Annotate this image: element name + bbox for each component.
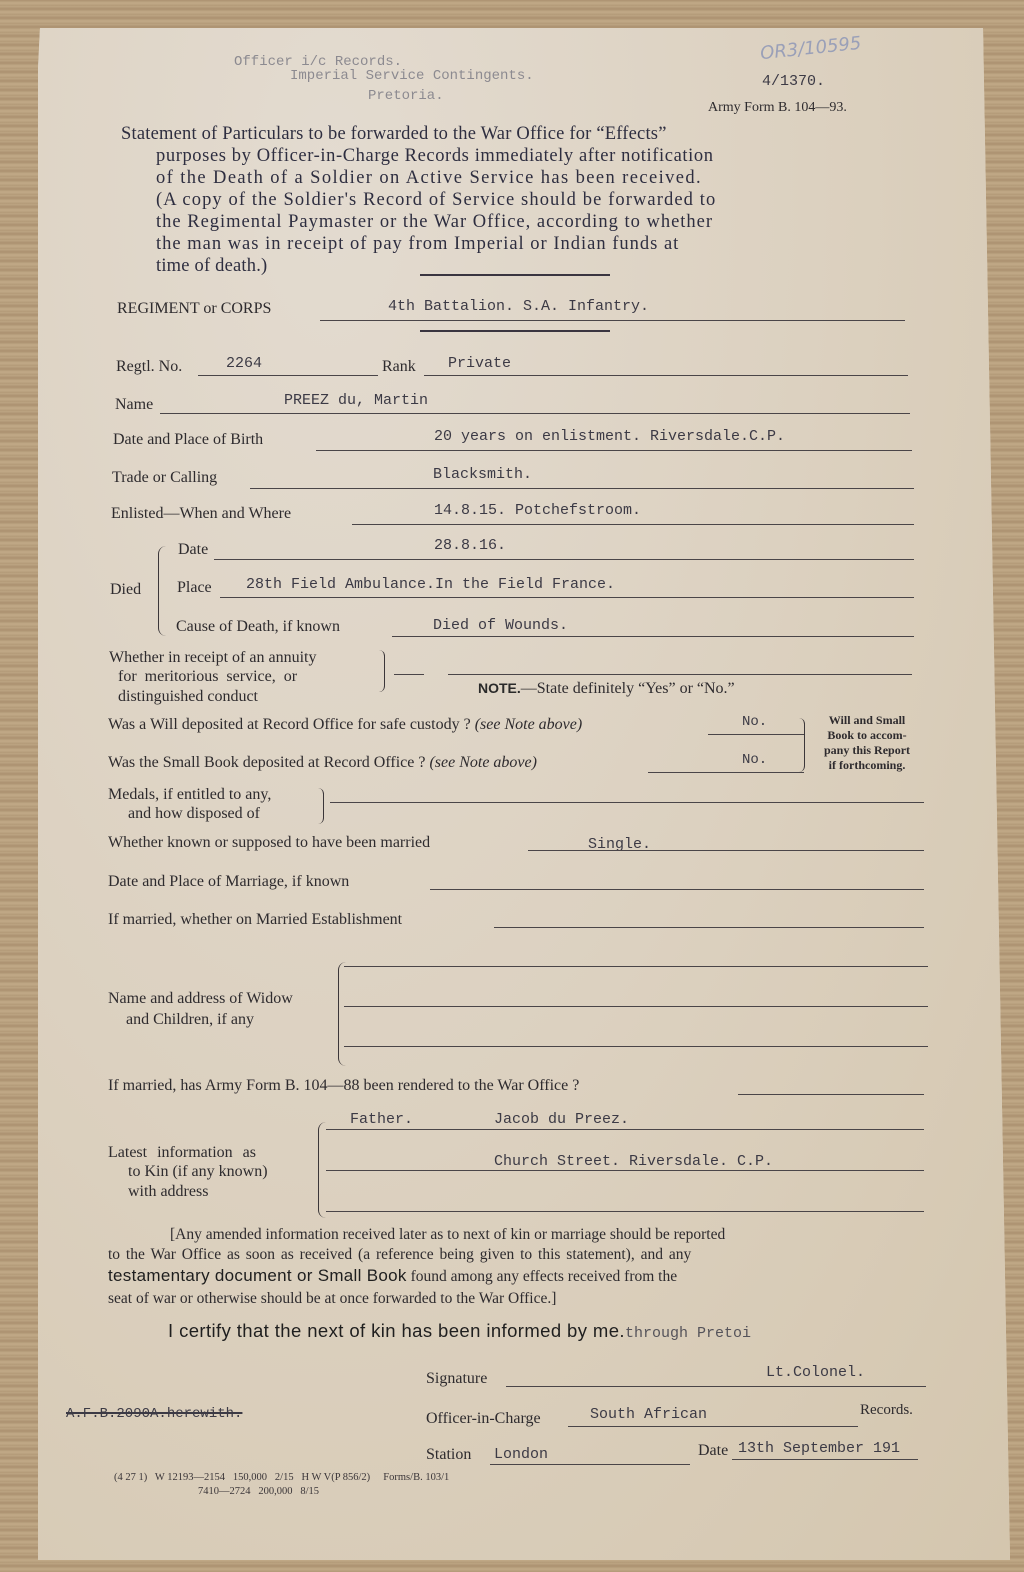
side-note-line-4: if forthcoming. (824, 758, 910, 773)
annuity-line[interactable] (448, 674, 912, 675)
small-book-line (648, 772, 804, 773)
kin-line-3[interactable] (326, 1211, 924, 1212)
side-note-line-1: Will and Small (824, 713, 910, 728)
annuity-label-3: distinguished conduct (118, 688, 258, 706)
will-note: (see Note above) (475, 716, 583, 733)
annuity-label-1: Whether in receipt of an annuity (109, 649, 316, 667)
divider (420, 274, 610, 276)
kin-label-1: Latest information as (108, 1144, 256, 1162)
married-establishment-label: If married, whether on Married Establish… (108, 911, 402, 929)
regtl-no-label: Regtl. No. (116, 358, 182, 376)
signature-line (506, 1386, 926, 1387)
small-book-label: Was the Small Book deposited at Record O… (108, 754, 537, 772)
header-address-line-2: Imperial Service Contingents. (290, 68, 534, 84)
marriage-place-label: Date and Place of Marriage, if known (108, 873, 349, 891)
statement-line-7: time of death.) (156, 256, 267, 277)
records-suffix: Records. (860, 1402, 913, 1419)
certify-printed: I certify that the next of kin has been … (168, 1320, 625, 1341)
birth-label: Date and Place of Birth (113, 431, 263, 449)
station-line (490, 1464, 690, 1465)
side-note: Will and Small Book to accom- pany this … (824, 713, 910, 773)
annuity-label-2: for meritorious service, or (118, 668, 297, 686)
print-code-line-1: (4 27 1) W 12193—2154 150,000 2/15 H W V… (114, 1472, 449, 1483)
cause-value[interactable]: Died of Wounds. (433, 617, 568, 634)
form-b104-88-line[interactable] (738, 1094, 924, 1095)
struck-note: A.F.B.2090A.herewith. (66, 1406, 242, 1422)
regtl-no-value[interactable]: 2264 (226, 355, 262, 372)
trade-label: Trade or Calling (112, 469, 217, 487)
small-book-note: (see Note above) (429, 754, 537, 771)
cause-line (392, 636, 914, 637)
small-book-value[interactable]: No. (742, 752, 767, 768)
annuity-note: NOTE.—State definitely “Yes” or “No.” (478, 680, 735, 698)
rank-label: Rank (382, 358, 416, 376)
medals-label-1: Medals, if entitled to any, (108, 786, 271, 804)
statement-line-4: (A copy of the Soldier's Record of Servi… (156, 190, 716, 211)
date-line (732, 1459, 918, 1460)
birth-value[interactable]: 20 years on enlistment. Riversdale.C.P. (434, 428, 785, 445)
married-label: Whether known or supposed to have been m… (108, 834, 430, 852)
annuity-dash (394, 674, 424, 675)
will-value[interactable]: No. (742, 714, 767, 730)
kin-line-1 (326, 1129, 924, 1130)
note-text: —State definitely “Yes” or “No.” (521, 680, 735, 697)
will-label: Was a Will deposited at Record Office fo… (108, 716, 582, 734)
enlisted-line (352, 524, 914, 525)
rank-value[interactable]: Private (448, 355, 511, 372)
died-place-label: Place (177, 579, 212, 597)
trade-line (250, 488, 914, 489)
kin-label-2: to Kin (if any known) (128, 1163, 268, 1181)
side-note-brace (798, 718, 805, 772)
date-label: Date (698, 1442, 728, 1460)
station-label: Station (426, 1446, 471, 1464)
divider-2 (420, 330, 610, 332)
name-line (160, 413, 910, 414)
form-b104-88-label: If married, has Army Form B. 104—88 been… (108, 1077, 579, 1095)
annuity-brace (378, 650, 385, 692)
medals-brace (318, 788, 324, 824)
kin-address[interactable]: Church Street. Riversdale. C.P. (494, 1153, 773, 1170)
died-date-label: Date (178, 541, 208, 559)
footer-note-line-2: to the War Office as soon as received (a… (108, 1246, 691, 1264)
widow-label-2: and Children, if any (126, 1011, 254, 1029)
regiment-value[interactable]: 4th Battalion. S.A. Infantry. (388, 298, 649, 315)
file-reference: 4/1370. (762, 73, 825, 90)
widow-line-2[interactable] (344, 1006, 928, 1007)
died-place-value[interactable]: 28th Field Ambulance.In the Field France… (246, 576, 615, 593)
statement-line-1: Statement of Particulars to be forwarded… (121, 124, 667, 145)
will-line (708, 734, 804, 735)
certify-typed[interactable]: through Pretoi (625, 1325, 751, 1342)
kin-relation[interactable]: Father. (350, 1111, 413, 1128)
signature-value[interactable]: Lt.Colonel. (766, 1364, 865, 1381)
medals-label-2: and how disposed of (128, 805, 260, 823)
widow-brace (338, 962, 347, 1066)
regiment-label: REGIMENT or CORPS (117, 300, 271, 318)
note-bold: NOTE. (478, 680, 521, 696)
medals-line[interactable] (330, 802, 924, 803)
print-code-line-2: 7410—2724 200,000 8/15 (198, 1486, 319, 1497)
station-value[interactable]: London (494, 1446, 548, 1463)
statement-line-6: the man was in receipt of pay from Imper… (156, 234, 679, 255)
handwritten-reference: OR3/10595 (759, 33, 862, 64)
form-paper: Officer i/c Records. Imperial Service Co… (38, 28, 1012, 1560)
died-place-line (220, 597, 914, 598)
widow-line-1[interactable] (344, 966, 928, 967)
footer-note-bold: testamentary document or Small Book (108, 1266, 407, 1285)
died-label: Died (110, 581, 141, 599)
died-brace (158, 546, 167, 636)
date-value[interactable]: 13th September 191 (738, 1440, 900, 1457)
name-label: Name (115, 396, 153, 414)
kin-name[interactable]: Jacob du Preez. (494, 1111, 629, 1128)
statement-line-3: of the Death of a Soldier on Active Serv… (156, 168, 702, 189)
died-date-line (214, 559, 914, 560)
footer-note-rest: found among any effects received from th… (407, 1268, 677, 1285)
trade-value[interactable]: Blacksmith. (433, 466, 532, 483)
form-number: Army Form B. 104—93. (708, 100, 847, 116)
side-note-line-3: pany this Report (824, 743, 910, 758)
birth-line (316, 450, 912, 451)
regiment-line (320, 320, 905, 321)
widow-line-3[interactable] (344, 1046, 928, 1047)
signature-label: Signature (426, 1370, 487, 1388)
kin-label-3: with address (128, 1183, 208, 1201)
marriage-place-line[interactable] (430, 889, 924, 890)
footer-note-line-3: testamentary document or Small Book foun… (108, 1266, 677, 1286)
statement-line-2: purposes by Officer-in-Charge Records im… (156, 146, 714, 167)
footer-note-line-1: [Any amended information received later … (170, 1226, 725, 1244)
married-line (528, 850, 924, 851)
regtl-no-line (198, 375, 378, 376)
kin-line-2 (326, 1170, 924, 1171)
officer-in-charge-label: Officer-in-Charge (426, 1410, 541, 1428)
small-book-label-text: Was the Small Book deposited at Record O… (108, 754, 425, 771)
widow-label-1: Name and address of Widow (108, 990, 293, 1008)
married-establishment-line[interactable] (494, 927, 924, 928)
rank-line (424, 375, 908, 376)
name-value[interactable]: PREEZ du, Martin (284, 392, 428, 409)
header-address-line-3: Pretoria. (368, 88, 444, 104)
officer-in-charge-line (568, 1426, 858, 1427)
certify-statement: I certify that the next of kin has been … (168, 1320, 751, 1342)
officer-in-charge-value[interactable]: South African (590, 1406, 707, 1423)
enlisted-label: Enlisted—When and Where (111, 505, 291, 523)
will-label-text: Was a Will deposited at Record Office fo… (108, 716, 471, 733)
footer-note-line-4: seat of war or otherwise should be at on… (108, 1290, 556, 1308)
enlisted-value[interactable]: 14.8.15. Potchefstroom. (434, 502, 641, 519)
side-note-line-2: Book to accom- (824, 728, 910, 743)
statement-line-5: the Regimental Paymaster or the War Offi… (156, 212, 713, 233)
cause-label: Cause of Death, if known (176, 618, 340, 636)
died-date-value[interactable]: 28.8.16. (434, 537, 506, 554)
